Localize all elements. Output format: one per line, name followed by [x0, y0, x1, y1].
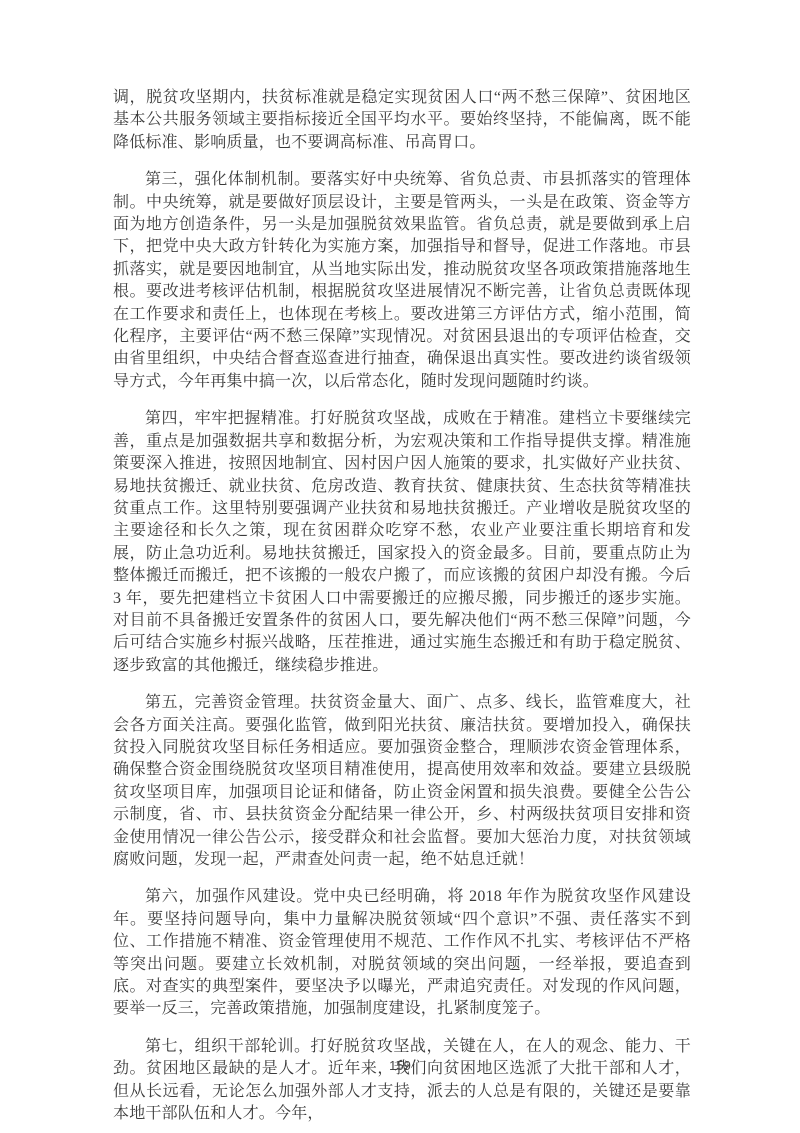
paragraph: 第七，组织干部轮训。打好脱贫攻坚战，关键在人，在人的观念、能力、干劲。贫困地区最…	[113, 1036, 691, 1126]
paragraph: 第五，完善资金管理。扶贫资金量大、面广、点多、线长，监管难度大，社会各方面关注高…	[113, 692, 691, 871]
document-page: 调，脱贫攻坚期内，扶贫标准就是稳定实现贫困人口“两不愁三保障”、贫困地区基本公共…	[0, 0, 800, 1133]
page-footer: 159	[0, 1057, 800, 1075]
paragraph: 调，脱贫攻坚期内，扶贫标准就是稳定实现贫困人口“两不愁三保障”、贫困地区基本公共…	[113, 87, 691, 154]
page-content: 调，脱贫攻坚期内，扶贫标准就是稳定实现贫困人口“两不愁三保障”、贫困地区基本公共…	[113, 87, 691, 1125]
paragraph: 第四，牢牢把握精准。打好脱贫攻坚战，成败在于精准。建档立卡要继续完善，重点是加强…	[113, 408, 691, 677]
page-number: 159	[389, 1058, 411, 1073]
paragraph: 第三，强化体制机制。要落实好中央统筹、省负总责、市县抓落实的管理体制。中央统筹，…	[113, 169, 691, 393]
paragraph: 第六，加强作风建设。党中央已经明确，将 2018 年作为脱贫攻坚作风建设年。要坚…	[113, 886, 691, 1020]
